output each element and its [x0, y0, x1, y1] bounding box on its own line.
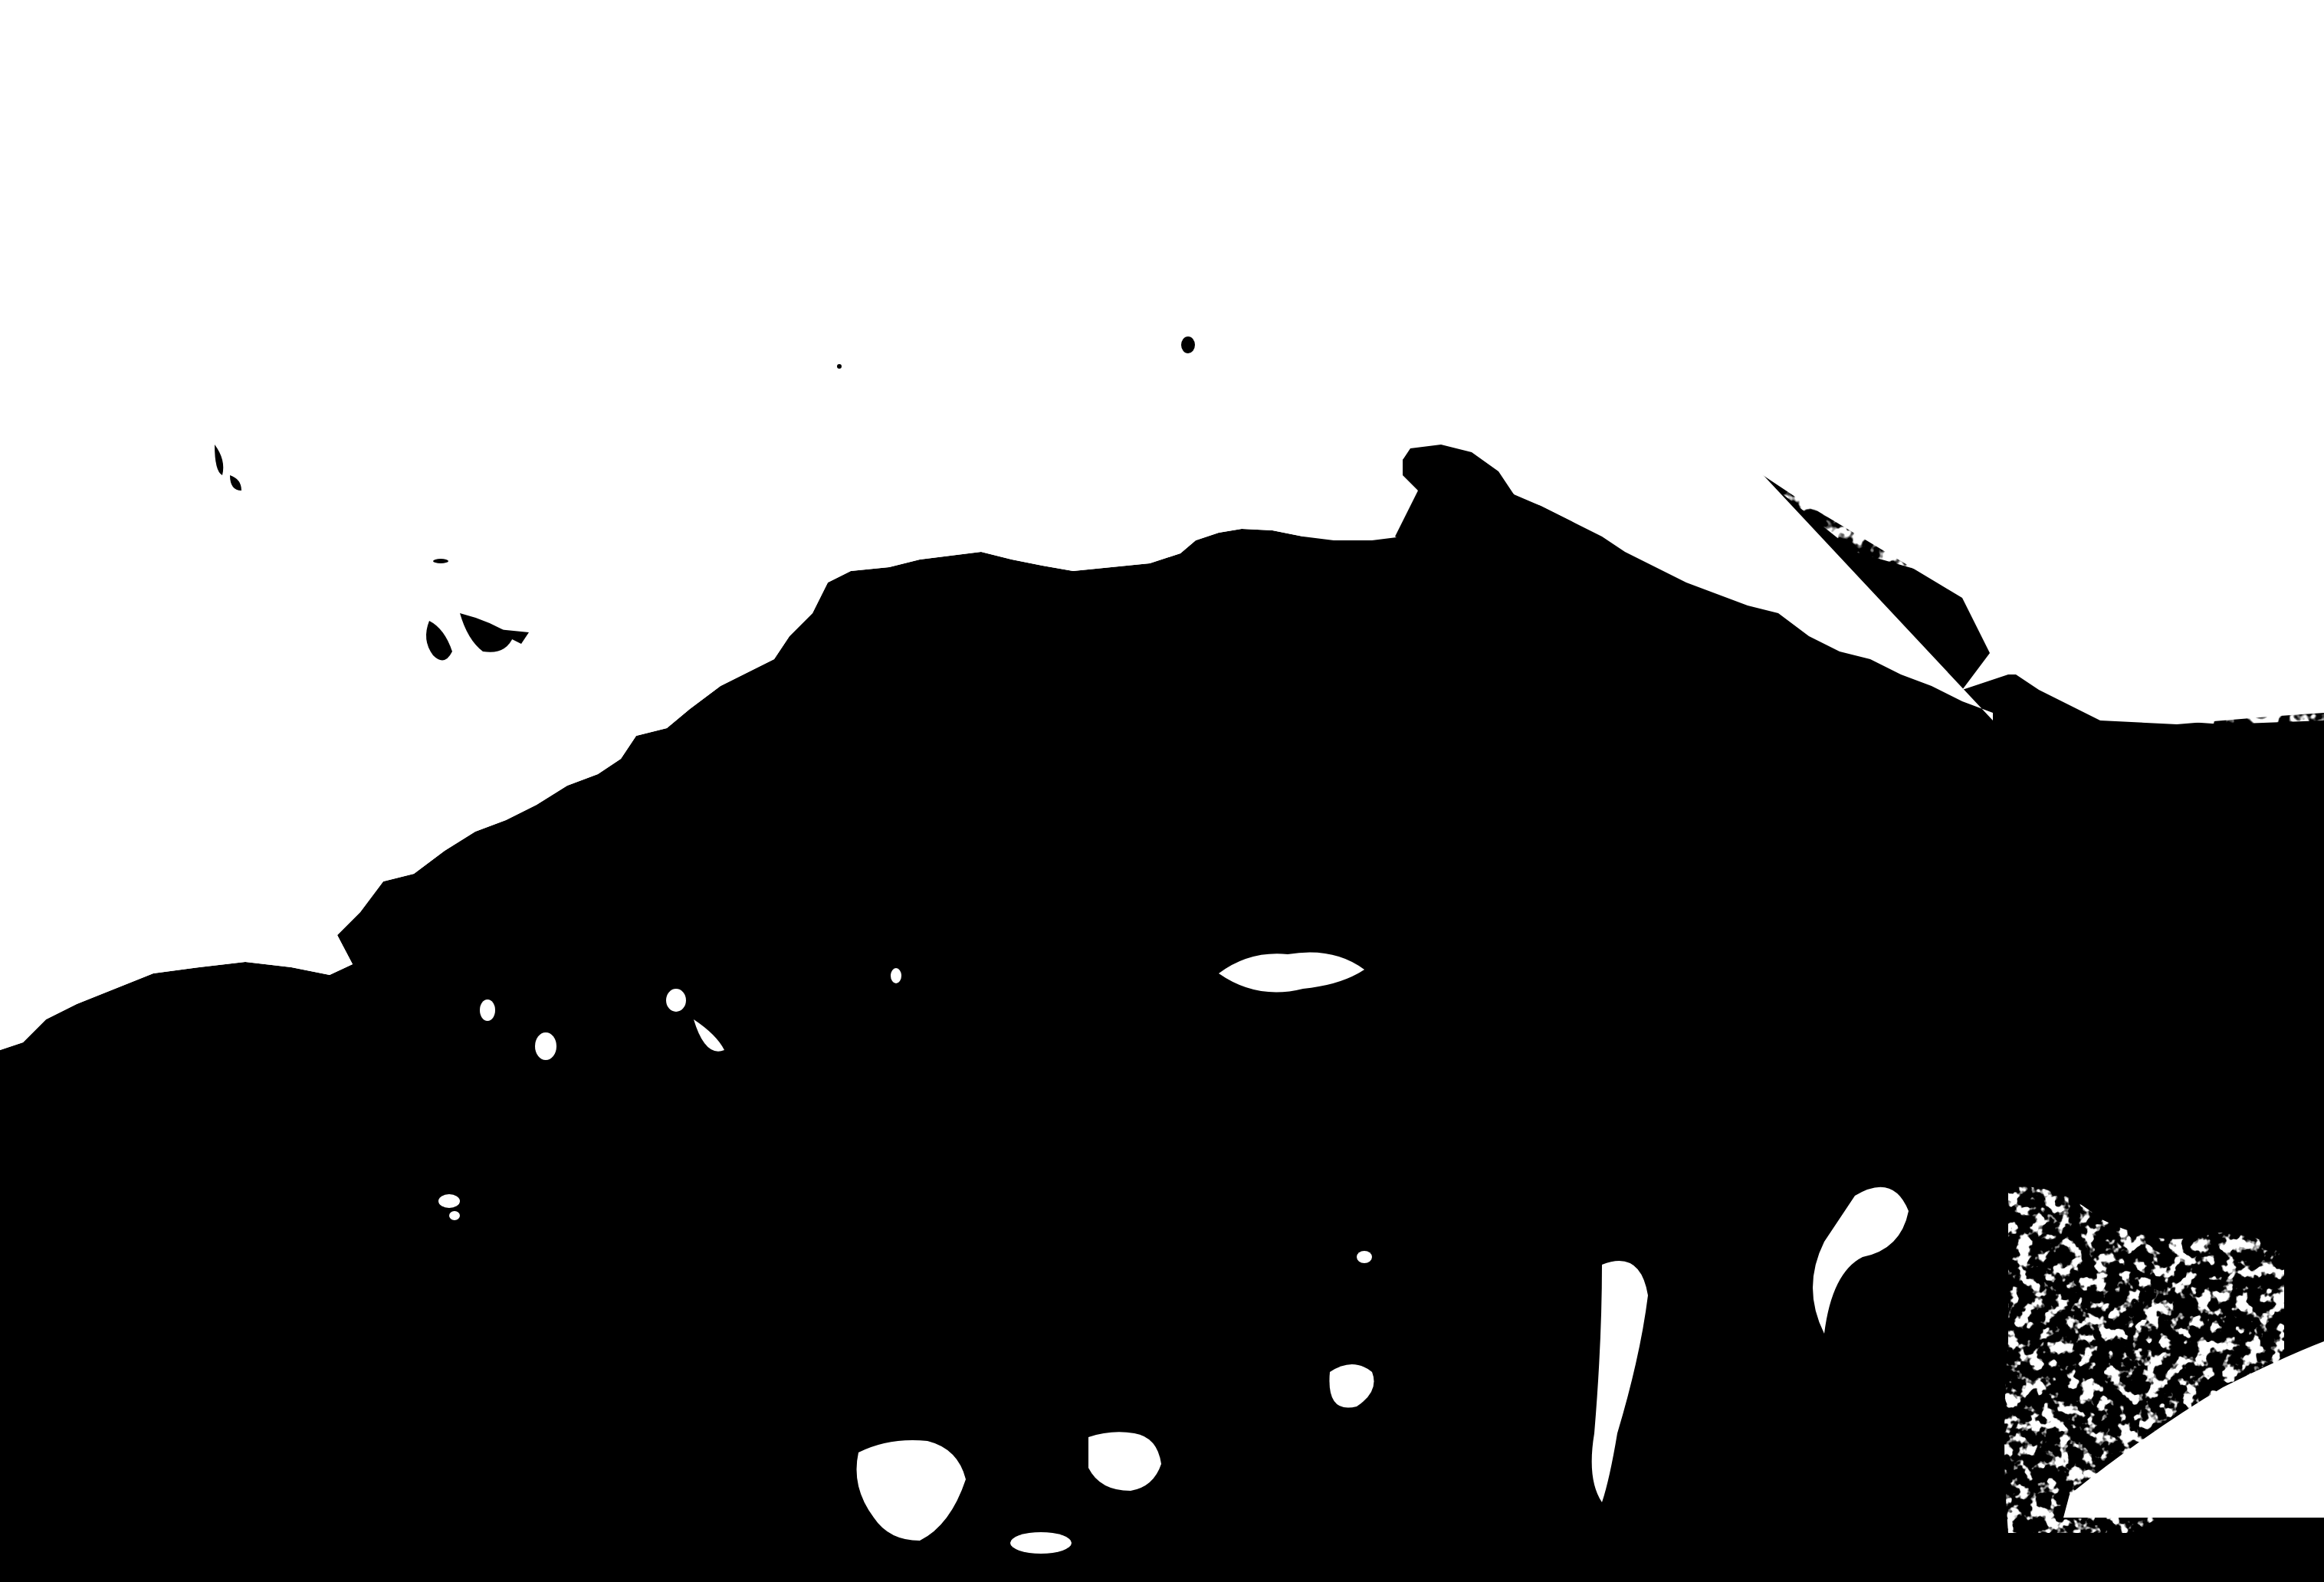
- binarized-terrain-image: [0, 0, 2324, 1582]
